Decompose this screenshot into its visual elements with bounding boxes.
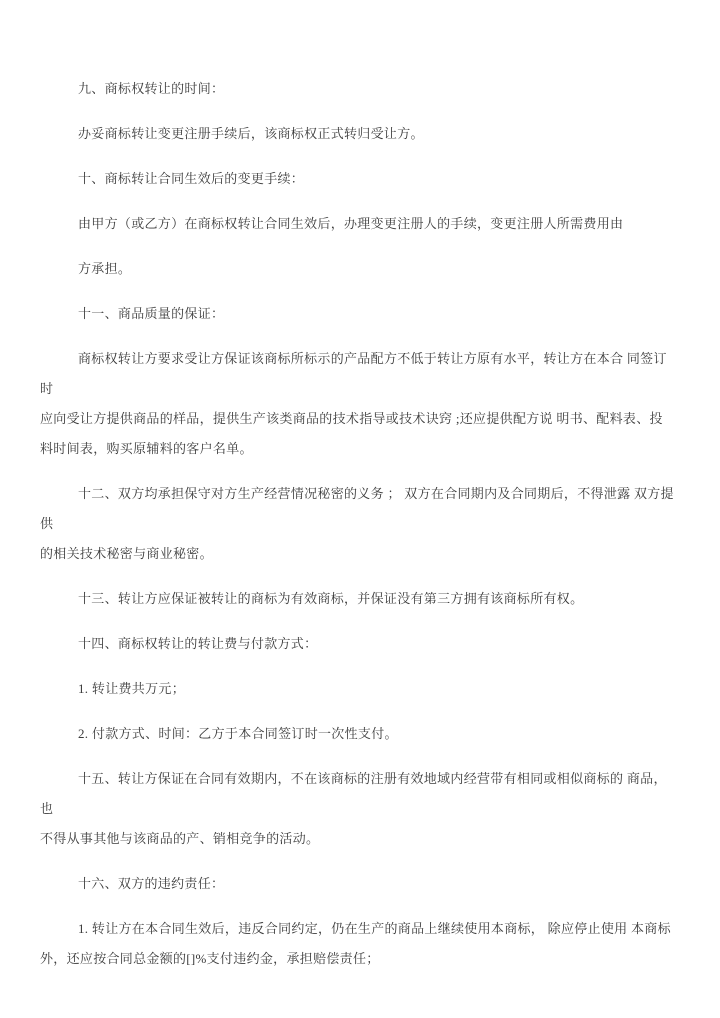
paragraph-line: 料时间表，购买原辅料的客户名单。 bbox=[40, 434, 680, 464]
paragraph-line: 应向受让方提供商品的样品，提供生产该类商品的技术指导或技术诀窍 ;还应提供配方说… bbox=[40, 404, 680, 434]
paragraph-line: 由甲方（或乙方）在商标权转让合同生效后，办理变更注册人的手续，变更注册人所需费用… bbox=[40, 209, 680, 239]
numbered-item-line: 1. 转让费共万元； bbox=[40, 674, 680, 704]
paragraph-line: 不得从事其他与该商品的产、销相竞争的活动。 bbox=[40, 824, 680, 854]
section-heading-line: 十一、商品质量的保证： bbox=[40, 299, 680, 329]
paragraph-line: 商标权转让方要求受让方保证该商标所标示的产品配方不低于转让方原有水平，转让方在本… bbox=[40, 344, 680, 404]
contract-document-page: 九、商标权转让的时间： 办妥商标转让变更注册手续后，该商标权正式转归受让方。 十… bbox=[0, 0, 720, 1018]
section-heading-line: 十二、双方均承担保守对方生产经营情况秘密的义务 ； 双方在合同期内及合同期后，不… bbox=[40, 479, 680, 539]
numbered-item-line: 1. 转让方在本合同生效后，违反合同约定，仍在生产的商品上继续使用本商标， 除应… bbox=[40, 914, 680, 944]
section-heading-line: 十六、双方的违约责任： bbox=[40, 869, 680, 899]
section-heading-line: 九、商标权转让的时间： bbox=[40, 74, 680, 104]
paragraph-line: 的相关技术秘密与商业秘密。 bbox=[40, 539, 680, 569]
section-heading-line: 十四、商标权转让的转让费与付款方式： bbox=[40, 629, 680, 659]
paragraph-line: 办妥商标转让变更注册手续后，该商标权正式转归受让方。 bbox=[40, 119, 680, 149]
section-heading-line: 十、商标转让合同生效后的变更手续： bbox=[40, 164, 680, 194]
section-heading-line: 十三、转让方应保证被转让的商标为有效商标，并保证没有第三方拥有该商标所有权。 bbox=[40, 584, 680, 614]
paragraph-line: 方承担。 bbox=[40, 254, 680, 284]
section-heading-line: 十五、转让方保证在合同有效期内，不在该商标的注册有效地域内经营带有相同或相似商标… bbox=[40, 764, 680, 824]
numbered-item-line: 2. 付款方式、时间：乙方于本合同签订时一次性支付。 bbox=[40, 719, 680, 749]
paragraph-line: 外，还应按合同总金额的[]%支付违约金，承担赔偿责任； bbox=[40, 944, 680, 974]
